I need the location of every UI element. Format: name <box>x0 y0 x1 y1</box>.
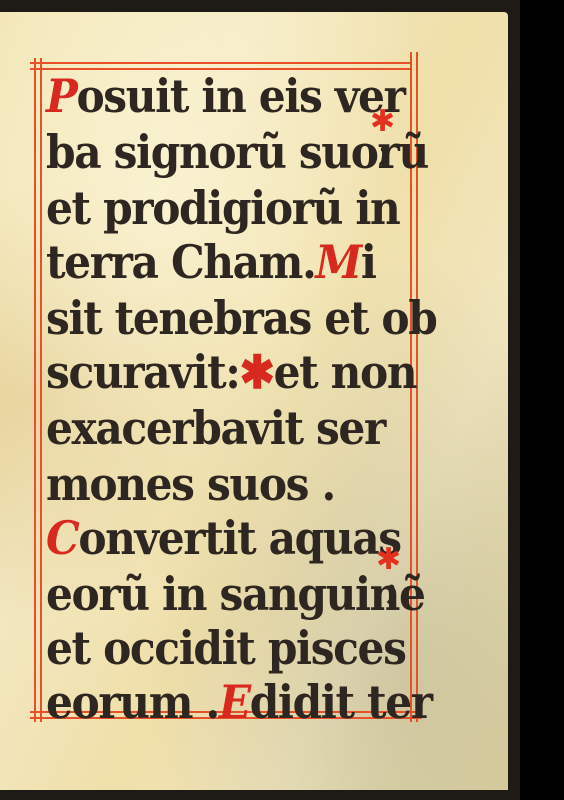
rubricated-initial: P <box>46 69 76 123</box>
star-mark-icon: ✱ <box>240 345 274 399</box>
comma-mark: ; <box>386 572 397 607</box>
text-line-5: sit tenebras et ob <box>46 290 436 346</box>
text-line-4: terra Cham.Mi <box>46 234 376 290</box>
text-line-11: et occidit pisces <box>46 620 406 676</box>
rubricated-initial: C <box>46 511 78 565</box>
comma-mark: ; <box>378 134 389 169</box>
text-line-1: Posuit in eis ver <box>46 68 404 124</box>
text-line-8: mones suos . <box>46 456 335 512</box>
rubricated-initial: E <box>219 675 250 729</box>
frame-top-rule-1 <box>30 62 412 64</box>
text-line-12: eorum .Edidit ter <box>46 674 432 730</box>
text-line-6: scuravit:✱et non <box>46 344 416 400</box>
text-line-10: eorũ in sanguinẽ <box>46 566 425 622</box>
text-line-7: exacerbavit ser <box>46 400 385 456</box>
text-line-9: Convertit aquas <box>46 510 401 566</box>
frame-left-rule-2 <box>40 58 42 722</box>
text-line-3: et prodigiorũ in <box>46 180 399 236</box>
rubricated-initial: M <box>315 235 360 289</box>
frame-left-rule-1 <box>34 58 36 722</box>
